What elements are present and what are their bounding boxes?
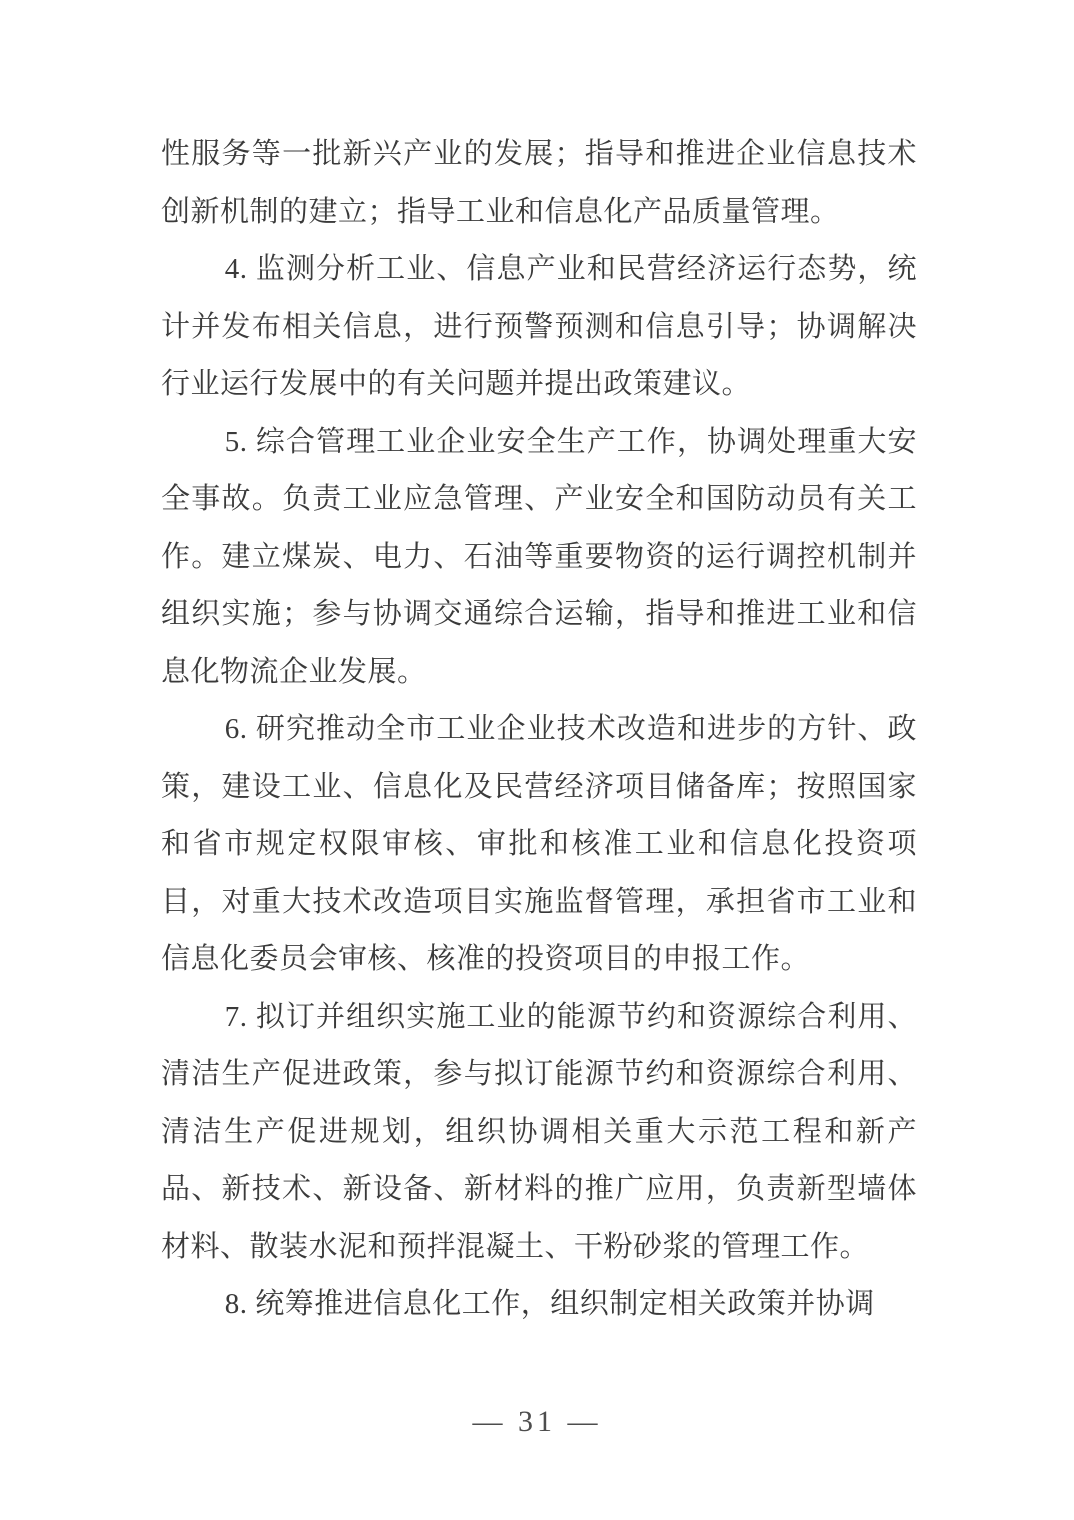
paragraph-item-7: 7. 拟订并组织实施工业的能源节约和资源综合利用、清洁生产促进政策，参与拟订能源… bbox=[161, 989, 917, 1277]
paragraph-item-6: 6. 研究推动全市工业企业技术改造和进步的方针、政策，建设工业、信息化及民营经济… bbox=[161, 701, 917, 989]
paragraph-item-8: 8. 统筹推进信息化工作，组织制定相关政策并协调 bbox=[161, 1276, 917, 1334]
document-page: 性服务等一批新兴产业的发展；指导和推进企业信息技术创新机制的建立；指导工业和信息… bbox=[0, 0, 1074, 1520]
paragraph-continuation: 性服务等一批新兴产业的发展；指导和推进企业信息技术创新机制的建立；指导工业和信息… bbox=[161, 126, 917, 241]
document-body: 性服务等一批新兴产业的发展；指导和推进企业信息技术创新机制的建立；指导工业和信息… bbox=[161, 126, 917, 1334]
paragraph-item-4: 4. 监测分析工业、信息产业和民营经济运行态势，统计并发布相关信息，进行预警预测… bbox=[161, 241, 917, 414]
page-number: — 31 — bbox=[0, 1402, 1074, 1442]
paragraph-item-5: 5. 综合管理工业企业安全生产工作，协调处理重大安全事故。负责工业应急管理、产业… bbox=[161, 414, 917, 702]
